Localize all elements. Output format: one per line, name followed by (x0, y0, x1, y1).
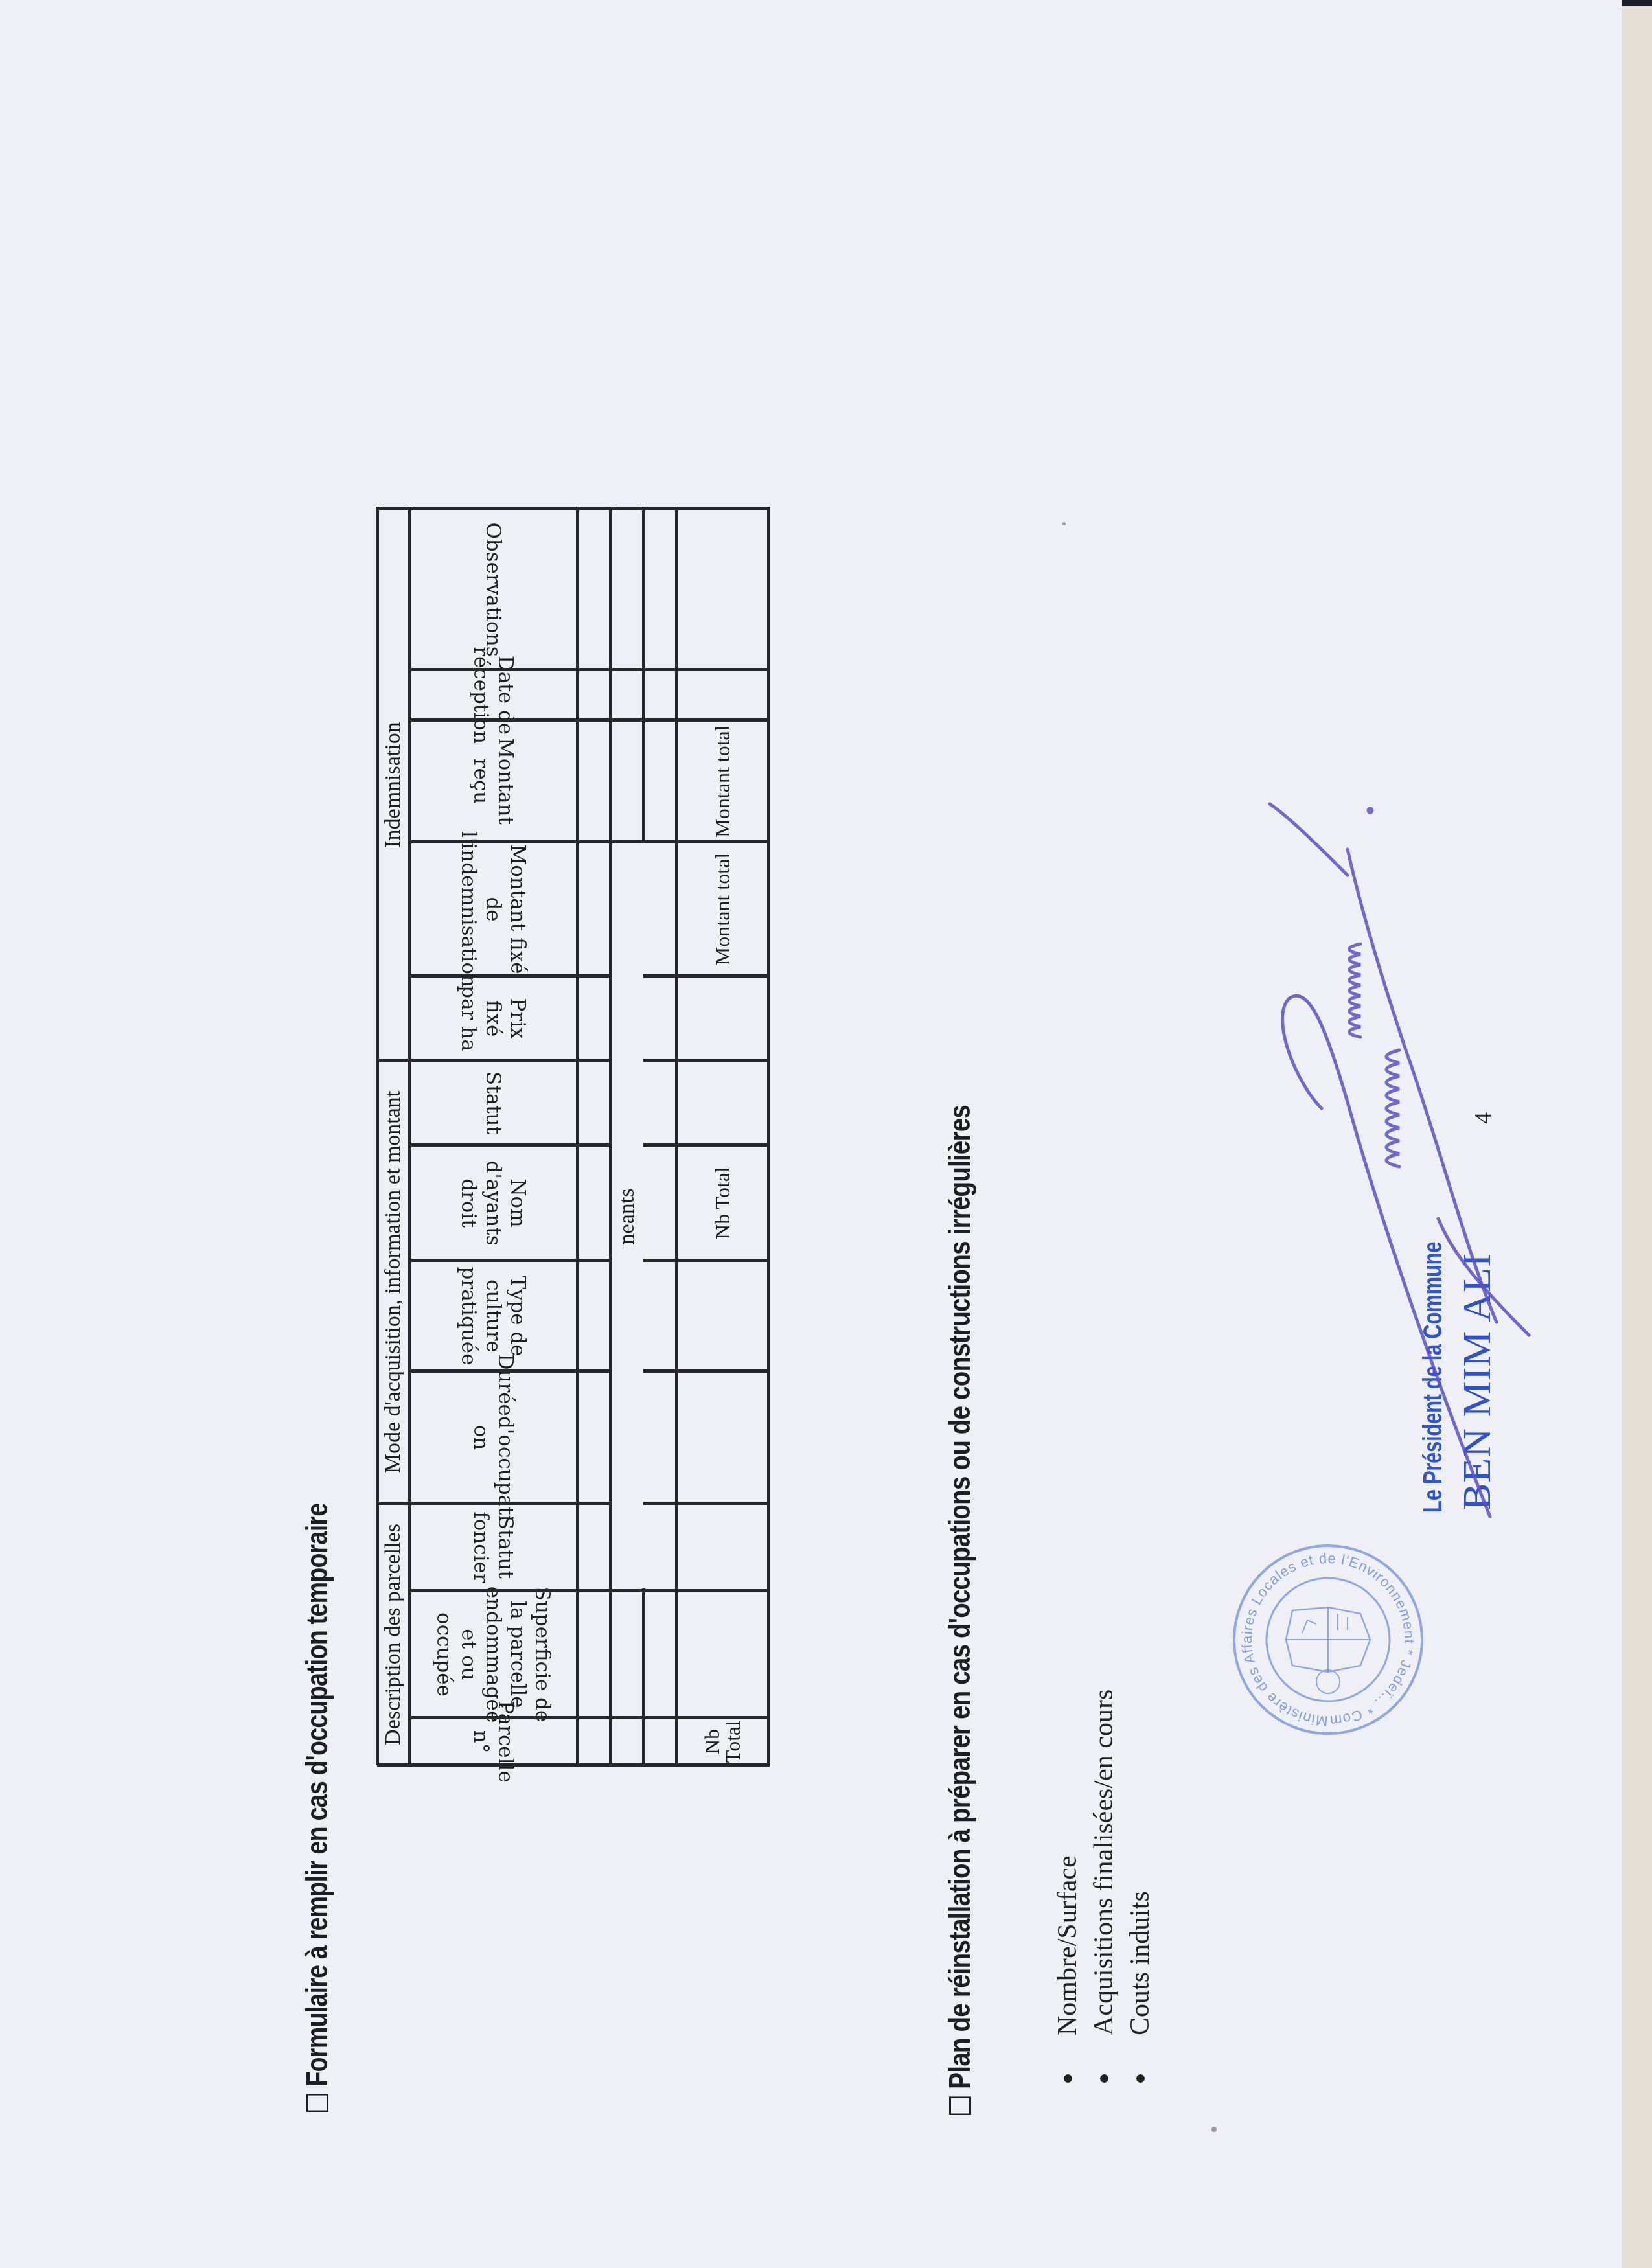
table-cell (577, 720, 610, 842)
table-cell (643, 509, 676, 670)
bullet-icon (1100, 2074, 1108, 2083)
table-cell (643, 1591, 676, 1718)
table-cell (577, 1718, 610, 1765)
table-cell (577, 670, 610, 720)
column-header: Duréed'occupati on (412, 1377, 575, 1498)
section-heading-resettlement-plan: Plan de réinstallation à préparer en cas… (942, 1105, 977, 2115)
column-header: Parcelle n° (412, 1723, 575, 1760)
table-cell (643, 1504, 676, 1591)
table-cell (577, 1145, 610, 1261)
resettlement-bullet-list: Nombre/Surface Acquisitions finalisées/e… (1050, 1690, 1158, 2083)
table-cell (610, 670, 643, 720)
table-cell (643, 1145, 676, 1261)
table-cell (643, 1718, 676, 1765)
list-item: Couts induits (1122, 1690, 1158, 2083)
column-header: Superficie de la parcelle endommagée et … (412, 1596, 575, 1713)
table-cell (643, 720, 676, 842)
checkbox-icon (306, 2094, 328, 2112)
table-cell (577, 1371, 610, 1504)
group-header: Indemnisation (377, 509, 409, 1060)
group-header: Mode d'acquisition, information et monta… (377, 1060, 409, 1504)
totals-cell: Montant total (676, 720, 768, 842)
table-rule (377, 507, 770, 510)
column-header: Montant fixé de l'indemnisation (412, 847, 575, 971)
totals-cell: Nb Total (676, 1145, 768, 1261)
list-item: Nombre/Surface (1050, 1690, 1086, 2083)
table-cell (577, 1504, 610, 1591)
table-cell (577, 1591, 610, 1718)
table-cell (610, 509, 643, 670)
column-header: Nom d'ayants droit (412, 1151, 575, 1255)
column-header: Prix fixé par ha (412, 981, 575, 1055)
merged-cell-neants: neants (610, 842, 643, 1591)
section-title: Plan de réinstallation à préparer en cas… (943, 1105, 976, 2089)
rotated-landscape-content: Formulaire à remplir en cas d'occupation… (0, 0, 1652, 2268)
table-cell (577, 842, 610, 976)
section-heading-temporary-occupation: Formulaire à remplir en cas d'occupation… (299, 1504, 334, 2112)
table-cell (610, 1718, 643, 1765)
column-header: Type de culture pratiquée (412, 1266, 575, 1366)
table-cell (577, 976, 610, 1060)
table-cell (643, 976, 676, 1060)
table-cell (643, 1060, 676, 1145)
official-stamp-icon: Ministère des Affaires Locales et de l'E… (1231, 1542, 1425, 1737)
table-rule (767, 507, 770, 1765)
bullet-icon (1136, 2074, 1145, 2083)
group-header: Description des parcelles (377, 1504, 409, 1765)
totals-cell: Montant total (676, 842, 768, 976)
table-cell (643, 1261, 676, 1371)
table-cell (577, 509, 610, 670)
scan-speck (1062, 522, 1066, 525)
column-header: Observations (412, 514, 575, 665)
totals-cell: Nb Total (676, 1718, 768, 1765)
handwritten-signature-icon (1075, 778, 1581, 1555)
table-cell (643, 1371, 676, 1504)
table-cell (610, 720, 643, 842)
section-title: Formulaire à remplir en cas d'occupation… (300, 1504, 334, 2087)
column-header: Statut (412, 1066, 575, 1140)
bullet-icon (1064, 2074, 1072, 2083)
table-cell (643, 670, 676, 720)
table-cell (577, 1060, 610, 1145)
scan-speck (1211, 2127, 1217, 2132)
temporary-occupation-form-table: Description des parcellesMode d'acquisit… (377, 509, 768, 1765)
table-cell (643, 842, 676, 976)
column-header: Date de réception (412, 675, 575, 715)
list-item: Acquisitions finalisées/en cours (1086, 1690, 1122, 2083)
checkbox-icon (949, 2096, 971, 2115)
table-cell (610, 1591, 643, 1718)
table-cell (577, 1261, 610, 1371)
